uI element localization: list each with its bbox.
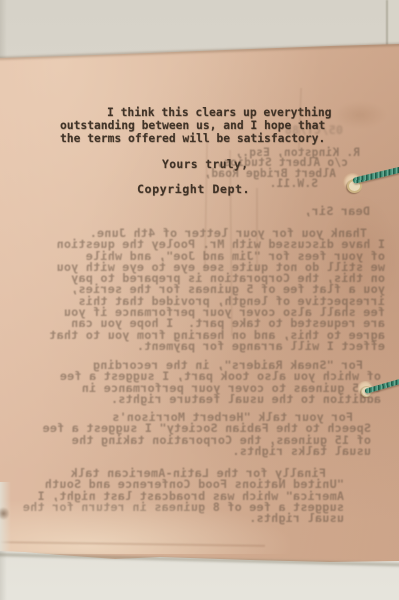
photograph-of-letter: 05/CT/88 R. Kingston, Esq.,c/o Albert St… (0, 0, 399, 600)
typed-line: the terms offered will be satisfactory. (60, 132, 331, 145)
closing-paragraph: I think this clears up everythingoutstan… (60, 106, 331, 145)
signature-copyright-dept: Copyright Dept. (137, 183, 250, 196)
letter-paper: 05/CT/88 R. Kingston, Esq.,c/o Albert St… (0, 0, 399, 600)
typed-line: I think this clears up everything (60, 106, 331, 119)
backing-page-edge (386, 0, 388, 49)
paper-crease (256, 188, 258, 270)
typed-line: outstanding between us, and I hope that (60, 119, 331, 132)
backing-page-strip (388, 0, 399, 49)
